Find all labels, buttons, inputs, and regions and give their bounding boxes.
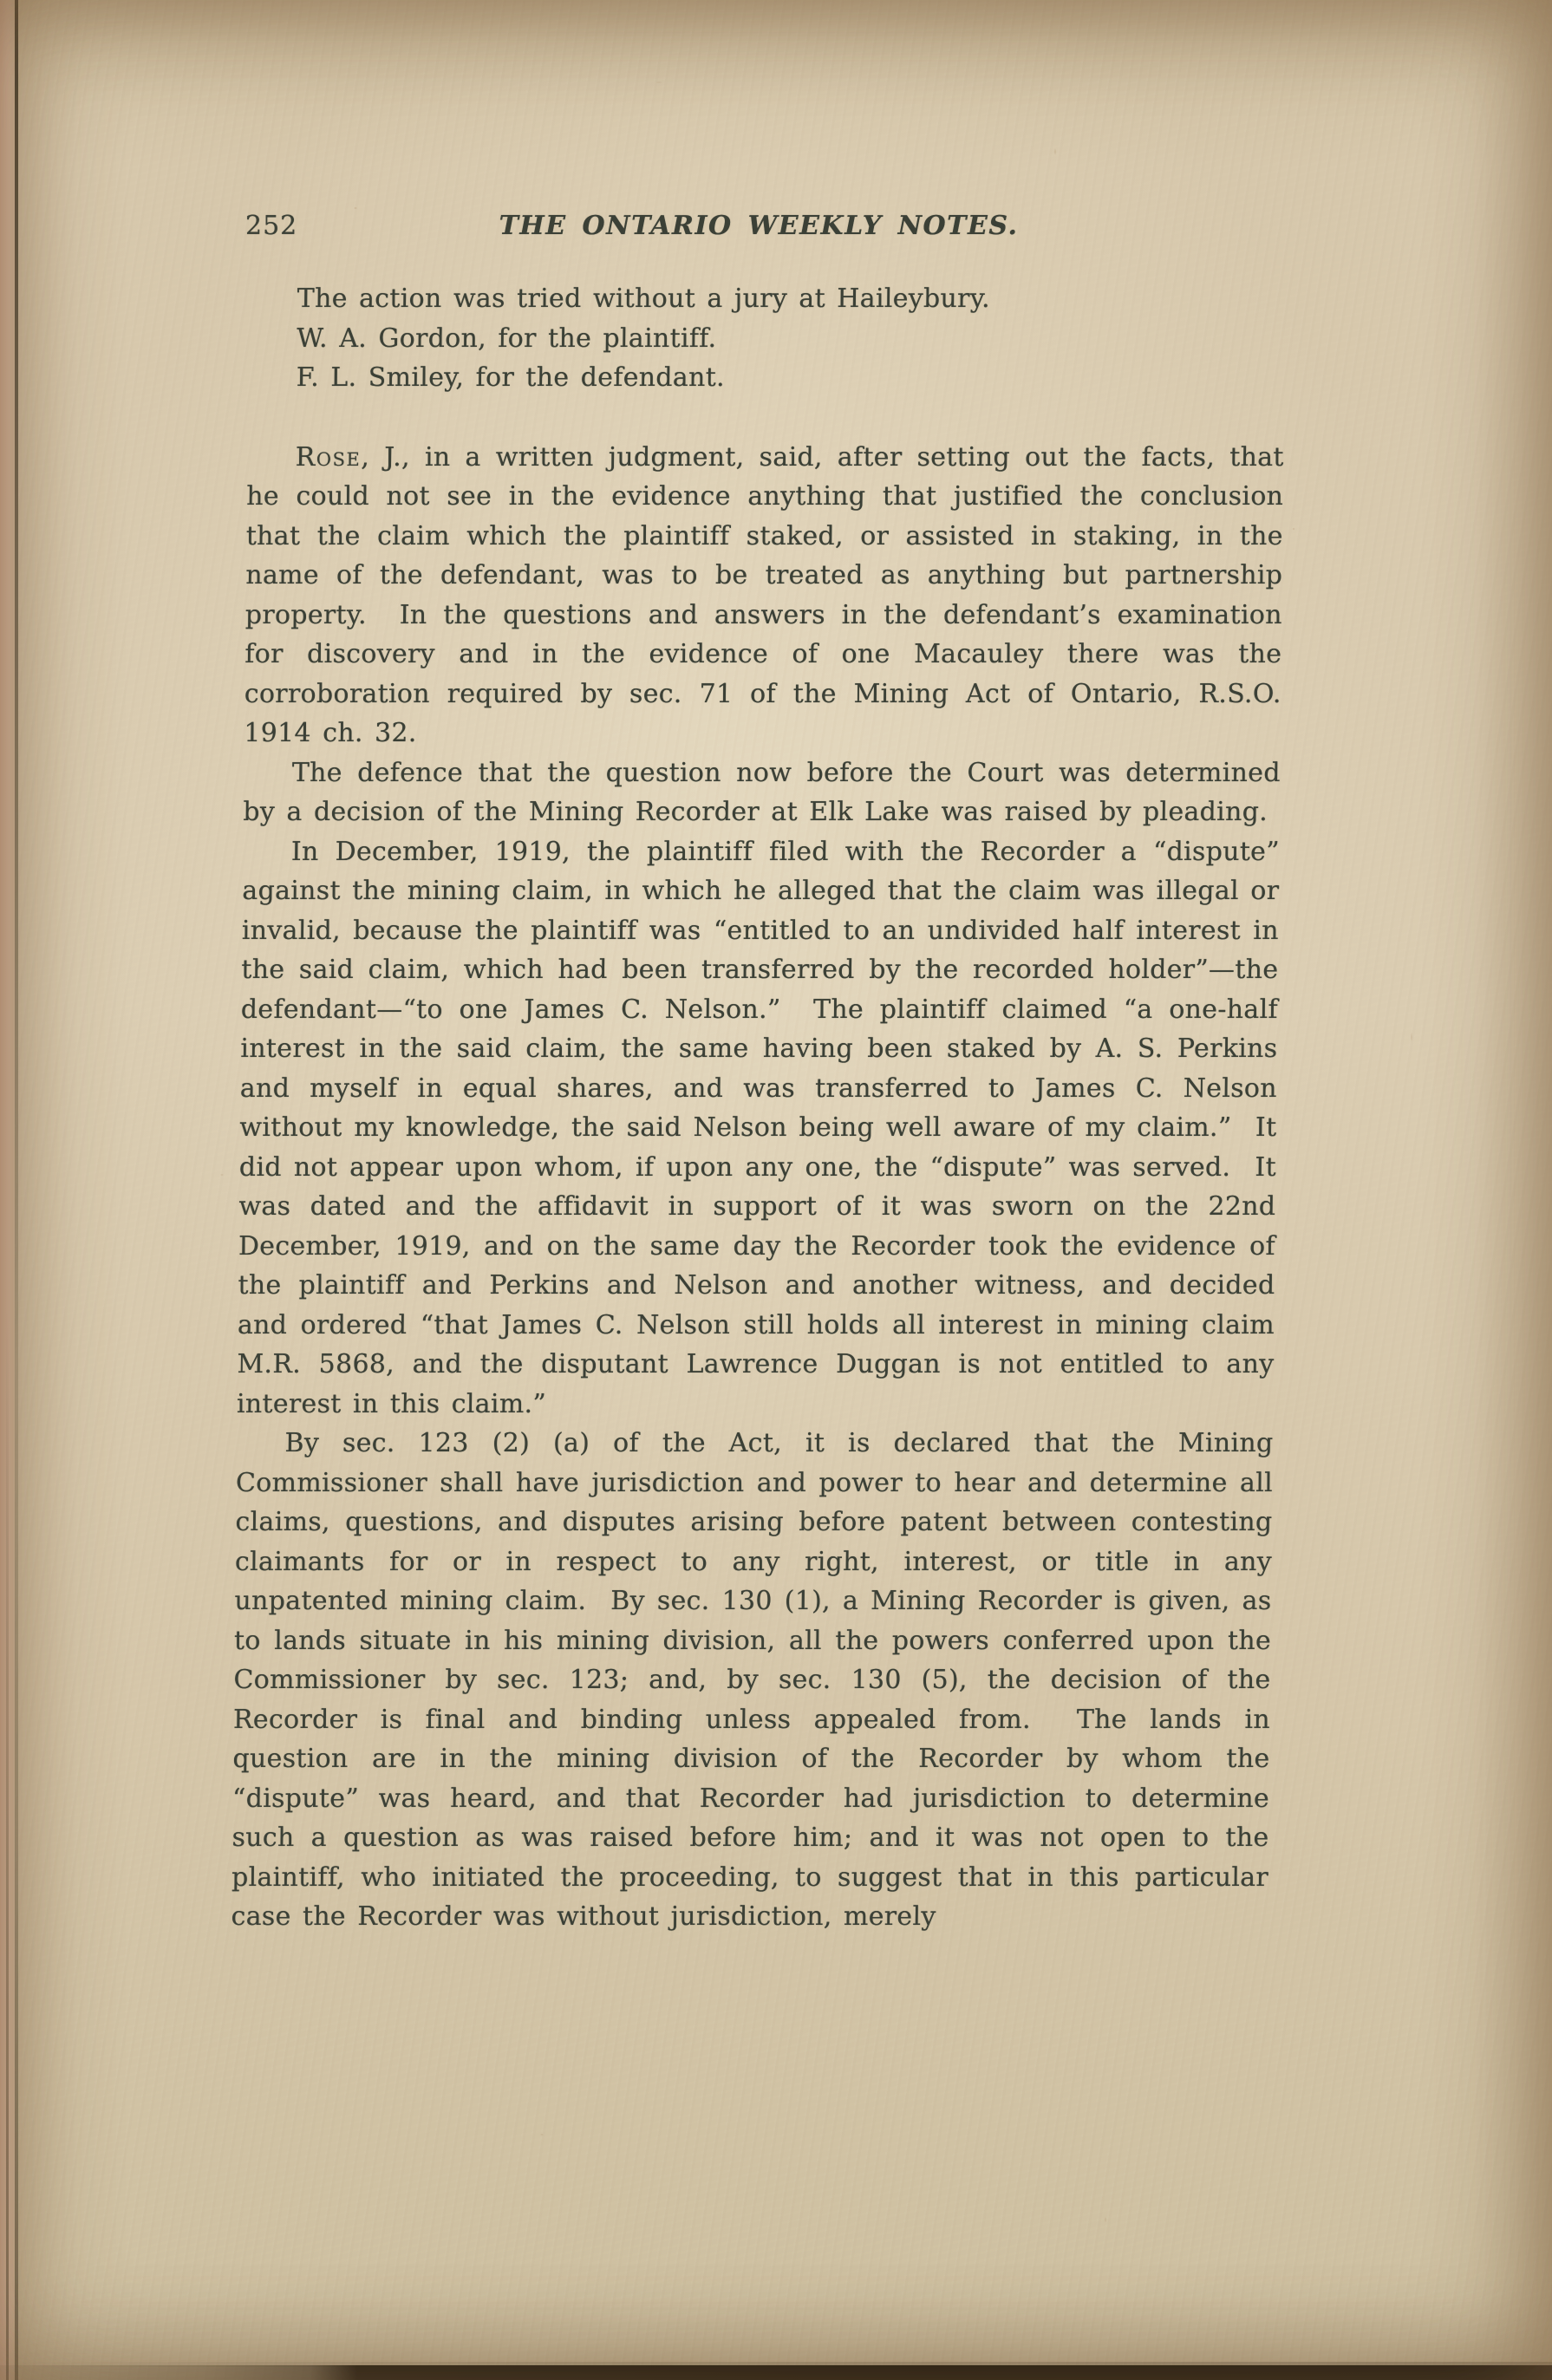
paragraph: The defence that the question now before…	[243, 753, 1281, 832]
paragraph: W. A. Gordon, for the plaintiff.	[248, 319, 1285, 359]
body-text: The action was tried without a jury at H…	[231, 279, 1286, 1937]
paragraph: F. L. Smiley, for the defendant.	[248, 358, 1285, 398]
paragraph: By sec. 123 (2) (a) of the Act, it is de…	[231, 1424, 1273, 1937]
running-title: THE ONTARIO WEEKLY NOTES.	[240, 211, 1277, 241]
page-edge-line	[15, 0, 18, 2380]
book-page-scan: 252 THE ONTARIO WEEKLY NOTES. The action…	[0, 0, 1552, 2380]
paragraph: Rose, J., in a written judgment, said, a…	[244, 438, 1284, 753]
page-header: 252 THE ONTARIO WEEKLY NOTES.	[240, 211, 1277, 249]
scan-bottom-bar	[0, 2365, 1552, 2380]
paragraph: The action was tried without a jury at H…	[249, 279, 1286, 319]
judge-name-smallcaps: Rose	[296, 442, 362, 473]
page-edge-line-secondary	[6, 1309, 9, 2380]
paragraph: In December, 1919, the plaintiff filed w…	[237, 832, 1280, 1425]
